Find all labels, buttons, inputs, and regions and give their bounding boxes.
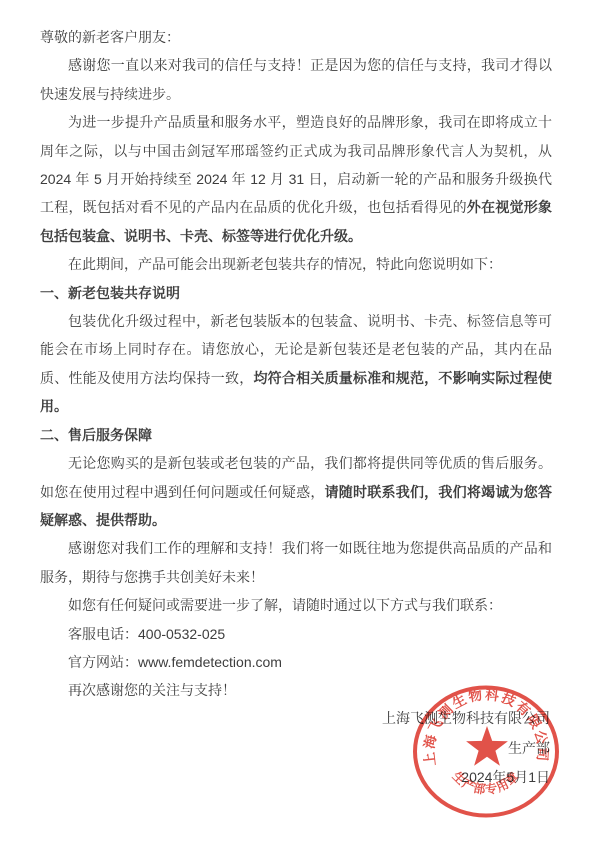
letter-body: 尊敬的新老客户朋友：感谢您一直以来对我司的信任与支持！正是因为您的信任与支持，我… bbox=[40, 23, 552, 705]
para-upgrade-program: 为进一步提升产品质量和服务水平，塑造良好的品牌形象，我司在即将成立十周年之际，以… bbox=[40, 108, 552, 250]
heading-after-sales: 二、售后服务保障 bbox=[40, 421, 552, 449]
contact-phone-run: 客服电话：400-0532-025 bbox=[68, 626, 225, 642]
para-gratitude-run: 感谢您对我们工作的理解和支持！我们将一如既往地为您提供高品质的产品和服务，期待与… bbox=[40, 540, 552, 584]
stamp-bottom-label-text: 生产部专用章 bbox=[450, 768, 522, 797]
letter-page: 尊敬的新老客户朋友：感谢您一直以来对我司的信任与支持！正是因为您的信任与支持，我… bbox=[0, 0, 600, 856]
para-gratitude: 感谢您对我们工作的理解和支持！我们将一如既往地为您提供高品质的产品和服务，期待与… bbox=[40, 534, 552, 591]
contact-website: 官方网站：www.femdetection.com bbox=[40, 648, 552, 676]
heading-coexist: 一、新老包装共存说明 bbox=[40, 279, 552, 307]
contact-phone: 客服电话：400-0532-025 bbox=[40, 620, 552, 648]
para-contact-intro: 如您有任何疑问或需要进一步了解，请随时通过以下方式与我们联系： bbox=[40, 591, 552, 619]
para-after-sales: 无论您购买的是新包装或老包装的产品，我们都将提供同等优质的售后服务。如您在使用过… bbox=[40, 449, 552, 534]
stamp-star-icon bbox=[466, 726, 508, 766]
para-contact-intro-run: 如您有任何疑问或需要进一步了解，请随时通过以下方式与我们联系： bbox=[68, 597, 502, 613]
heading-after-sales-bold-run: 二、售后服务保障 bbox=[40, 427, 152, 443]
closing-run: 再次感谢您的关注与支持！ bbox=[68, 682, 236, 698]
contact-website-run: 官方网站：www.femdetection.com bbox=[68, 654, 282, 670]
para-notice: 在此期间，产品可能会出现新老包装共存的情况，特此向您说明如下： bbox=[40, 250, 552, 278]
para-coexist: 包装优化升级过程中，新老包装版本的包装盒、说明书、卡壳、标签信息等可能会在市场上… bbox=[40, 307, 552, 421]
para-notice-run: 在此期间，产品可能会出现新老包装共存的情况，特此向您说明如下： bbox=[68, 256, 502, 272]
para-thanks-run: 感谢您一直以来对我司的信任与支持！正是因为您的信任与支持，我司才得以快速发展与持… bbox=[40, 57, 552, 101]
stamp-bottom-label-textpath: 生产部专用章 bbox=[450, 768, 522, 797]
para-thanks: 感谢您一直以来对我司的信任与支持！正是因为您的信任与支持，我司才得以快速发展与持… bbox=[40, 51, 552, 108]
heading-coexist-bold-run: 一、新老包装共存说明 bbox=[40, 285, 180, 301]
salutation-run: 尊敬的新老客户朋友： bbox=[40, 29, 180, 45]
company-seal-stamp: 上海飞测生物科技有限公司 生产部专用章 bbox=[404, 678, 568, 826]
salutation: 尊敬的新老客户朋友： bbox=[40, 23, 552, 51]
